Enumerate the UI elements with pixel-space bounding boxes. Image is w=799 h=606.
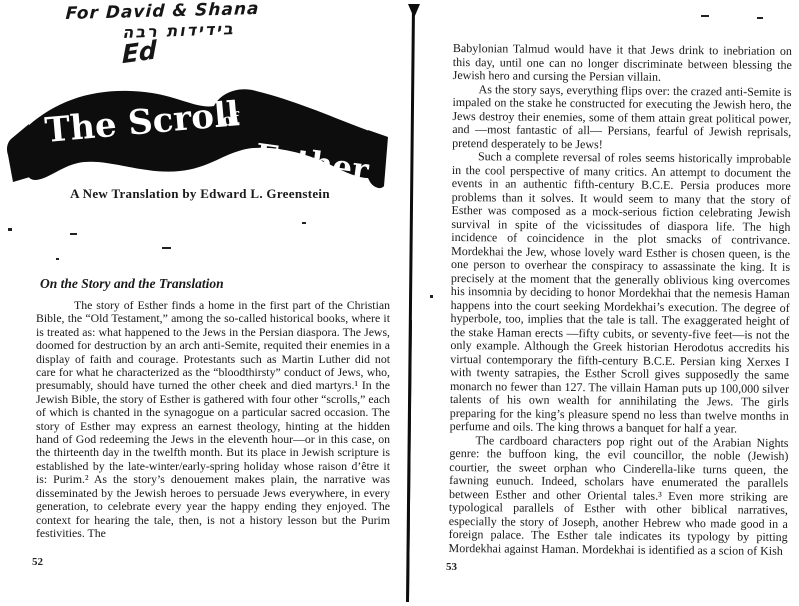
scan-speckle [757,17,763,19]
scan-speckle [430,295,433,298]
paragraph: Such a complete reversal of roles seems … [450,150,791,436]
scan-speckle [8,228,12,231]
page-number-right: 53 [446,561,457,573]
scan-speckle [701,15,709,17]
right-page-text: Babylonian Talmud would have it that Jew… [449,42,792,558]
inscription-signature: Ed [122,35,157,69]
paragraph: The cardboard characters pop right out o… [449,433,789,557]
left-page-text: The story of Esther finds a home in the … [36,299,390,540]
paragraph: The story of Esther finds a home in the … [36,299,390,540]
section-heading: On the Story and the Translation [40,276,224,292]
scan-speckle [70,233,77,235]
scan-speckle [56,258,59,260]
byline: A New Translation by Edward L. Greenstei… [0,186,400,202]
page-number-left: 52 [32,556,43,568]
scan-speckle [162,247,171,249]
book-scan: For David & Shana בידידות רבה Ed The Scr… [0,0,799,606]
paragraph: As the story says, everything flips over… [452,82,792,152]
paragraph: Babylonian Talmud would have it that Jew… [453,42,792,85]
scan-speckle [302,222,306,224]
scroll-banner-woodcut-illustration: The Scroll of Esther [2,82,394,190]
